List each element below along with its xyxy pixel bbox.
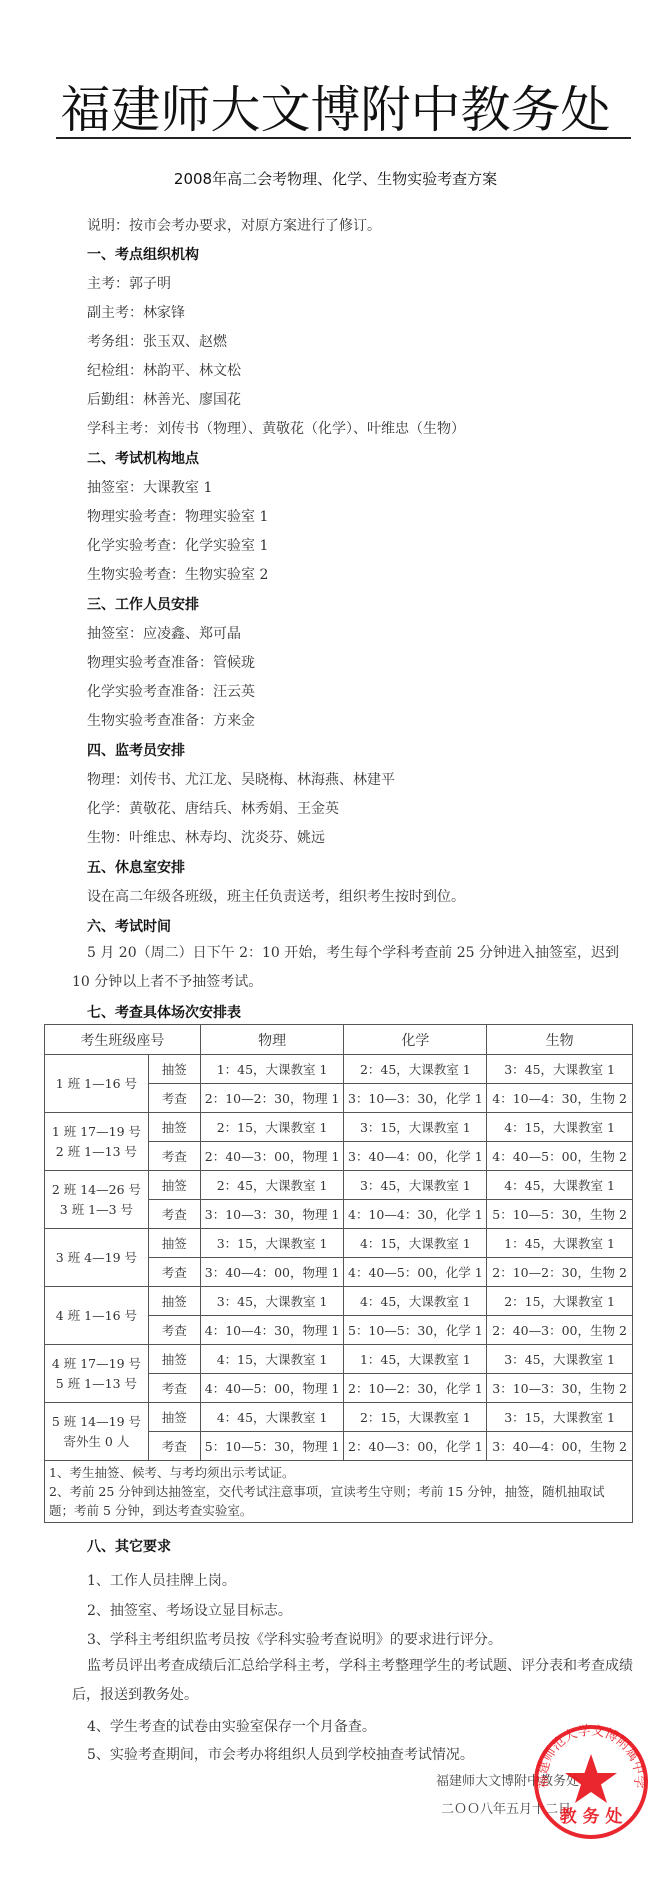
cell-physics: 4：45，大课教室 1 (200, 1403, 344, 1432)
section-7-heading: 七、考查具体场次安排表 (87, 1002, 241, 1022)
cell-biology: 2：40—3：00，生物 2 (487, 1316, 633, 1345)
s1-subject-examiners: 学科主考：刘传书（物理）、黄敬花（化学）、叶维忠（生物） (87, 418, 465, 438)
header-physics: 物理 (200, 1025, 344, 1055)
s8-item-5: 5、实验考查期间，市会考办将组织人员到学校抽查考试情况。 (87, 1744, 474, 1764)
cell-chemistry: 4：15，大课教室 1 (344, 1229, 487, 1258)
cell-physics: 5：10—5：30，物理 1 (200, 1432, 344, 1461)
s2-biology-room: 生物实验考查：生物实验室 2 (87, 564, 268, 584)
cell-chemistry: 3：10—3：30，化学 1 (344, 1084, 487, 1113)
section-2-heading: 二、考试机构地点 (87, 448, 199, 468)
cell-biology: 2：15，大课教室 1 (487, 1287, 633, 1316)
note-2: 2、考前 25 分钟到达抽签室，交代考试注意事项，宣读考生守则；考前 15 分钟… (49, 1482, 628, 1520)
cell-physics: 3：45，大课教室 1 (200, 1287, 344, 1316)
group-label: 5 班 14—19 号寄外生 0 人 (45, 1403, 149, 1461)
s4-biology-proctors: 生物：叶维忠、林寿均、沈炎芬、姚远 (87, 827, 325, 847)
cell-biology: 4：45，大课教室 1 (487, 1171, 633, 1200)
org-title: 福建师大文博附中教务处 (0, 70, 671, 142)
s8-item-4: 4、学生考查的试卷由实验室保存一个月备查。 (87, 1716, 376, 1736)
cell-biology: 3：45，大课教室 1 (487, 1345, 633, 1374)
cell-chemistry: 3：15，大课教室 1 (344, 1113, 487, 1142)
cell-biology: 3：15，大课教室 1 (487, 1403, 633, 1432)
cell-biology: 1：45，大课教室 1 (487, 1229, 633, 1258)
section-4-heading: 四、监考员安排 (87, 740, 185, 760)
cell-physics: 3：40—4：00，物理 1 (200, 1258, 344, 1287)
section-5-heading: 五、休息室安排 (87, 857, 185, 877)
s8-item-2: 2、抽签室、考场设立显目标志。 (87, 1600, 292, 1620)
cell-physics: 2：15，大课教室 1 (200, 1113, 344, 1142)
s2-chemistry-room: 化学实验考查：化学实验室 1 (87, 535, 268, 555)
s3-draw-room-staff: 抽签室：应凌鑫、郑可晶 (87, 623, 241, 643)
header-chemistry: 化学 (344, 1025, 487, 1055)
cell-biology: 3：40—4：00，生物 2 (487, 1432, 633, 1461)
row-type-exam: 考查 (148, 1432, 200, 1461)
row-type-draw: 抽签 (148, 1287, 200, 1316)
s8-item-1: 1、工作人员挂牌上岗。 (87, 1570, 236, 1590)
s8-item-3-detail: 监考员评出考查成绩后汇总给学科主考，学科主考整理学生的考试题、评分表和考查成绩后… (72, 1652, 636, 1710)
cell-physics: 2：40—3：00，物理 1 (200, 1142, 344, 1171)
cell-biology: 4：40—5：00，生物 2 (487, 1142, 633, 1171)
official-seal-icon: 福建师范大学文博附属中学 教 务 处 (531, 1722, 651, 1842)
section-1-heading: 一、考点组织机构 (87, 244, 199, 264)
cell-physics: 4：10—4：30，物理 1 (200, 1316, 344, 1345)
table-row: 1 班 1—16 号 抽签 1：45，大课教室 1 2：45，大课教室 1 3：… (45, 1055, 633, 1084)
group-label: 2 班 14—26 号3 班 1—3 号 (45, 1171, 149, 1229)
cell-physics: 2：10—2：30，物理 1 (200, 1084, 344, 1113)
s2-draw-room: 抽签室：大课教室 1 (87, 477, 212, 497)
cell-physics: 3：10—3：30，物理 1 (200, 1200, 344, 1229)
row-type-exam: 考查 (148, 1084, 200, 1113)
row-type-draw: 抽签 (148, 1171, 200, 1200)
note-1: 1、考生抽签、候考、与考均须出示考试证。 (49, 1463, 628, 1482)
section-3-heading: 三、工作人员安排 (87, 594, 199, 614)
s3-biology-prep: 生物实验考查准备：方来金 (87, 710, 255, 730)
cell-biology: 3：45，大课教室 1 (487, 1055, 633, 1084)
s1-affairs-group: 考务组：张玉双、赵燃 (87, 331, 227, 351)
s3-physics-prep: 物理实验考查准备：管候珑 (87, 652, 255, 672)
s4-chemistry-proctors: 化学：黄敬花、唐结兵、林秀娟、王金英 (87, 798, 339, 818)
row-type-exam: 考查 (148, 1258, 200, 1287)
row-type-exam: 考查 (148, 1374, 200, 1403)
cell-chemistry: 2：45，大课教室 1 (344, 1055, 487, 1084)
cell-chemistry: 4：10—4：30，化学 1 (344, 1200, 487, 1229)
cell-chemistry: 3：45，大课教室 1 (344, 1171, 487, 1200)
header-divider (56, 137, 631, 139)
section-8-heading: 八、其它要求 (87, 1536, 171, 1556)
row-type-draw: 抽签 (148, 1345, 200, 1374)
cell-chemistry: 2：10—2：30，化学 1 (344, 1374, 487, 1403)
cell-chemistry: 2：40—3：00，化学 1 (344, 1432, 487, 1461)
cell-chemistry: 1：45，大课教室 1 (344, 1345, 487, 1374)
row-type-exam: 考查 (148, 1316, 200, 1345)
s8-item-3: 3、学科主考组织监考员按《学科实验考查说明》的要求进行评分。 (87, 1629, 502, 1649)
cell-biology: 3：10—3：30，生物 2 (487, 1374, 633, 1403)
cell-biology: 4：15，大课教室 1 (487, 1113, 633, 1142)
cell-chemistry: 3：40—4：00，化学 1 (344, 1142, 487, 1171)
intro-note: 说明：按市会考办要求，对原方案进行了修订。 (87, 215, 381, 235)
header-class-seat: 考生班级座号 (45, 1025, 201, 1055)
s1-deputy-examiner: 副主考：林家锋 (87, 302, 185, 322)
s1-discipline-group: 纪检组：林韵平、林文松 (87, 360, 241, 380)
header-biology: 生物 (487, 1025, 633, 1055)
cell-physics: 2：45，大课教室 1 (200, 1171, 344, 1200)
table-row: 2 班 14—26 号3 班 1—3 号 抽签 2：45，大课教室 1 3：45… (45, 1171, 633, 1200)
group-label: 4 班 17—19 号5 班 1—13 号 (45, 1345, 149, 1403)
s1-logistics-group: 后勤组：林善光、廖国花 (87, 389, 241, 409)
row-type-exam: 考查 (148, 1200, 200, 1229)
row-type-exam: 考查 (148, 1142, 200, 1171)
cell-chemistry: 4：45，大课教室 1 (344, 1287, 487, 1316)
cell-chemistry: 2：15，大课教室 1 (344, 1403, 487, 1432)
s1-chief-examiner: 主考：郭子明 (87, 273, 171, 293)
group-label: 1 班 17—19 号2 班 1—13 号 (45, 1113, 149, 1171)
document-title: 2008年高二会考物理、化学、生物实验考查方案 (0, 168, 671, 189)
section-6-heading: 六、考试时间 (87, 916, 171, 936)
table-row: 1 班 17—19 号2 班 1—13 号 抽签 2：15，大课教室 1 3：1… (45, 1113, 633, 1142)
s2-physics-room: 物理实验考查：物理实验室 1 (87, 506, 268, 526)
cell-biology: 4：10—4：30，生物 2 (487, 1084, 633, 1113)
group-label: 3 班 4—19 号 (45, 1229, 149, 1287)
row-type-draw: 抽签 (148, 1403, 200, 1432)
s4-physics-proctors: 物理：刘传书、尤江龙、吴晓梅、林海燕、林建平 (87, 769, 395, 789)
table-row: 4 班 17—19 号5 班 1—13 号 抽签 4：15，大课教室 1 1：4… (45, 1345, 633, 1374)
table-row: 3 班 4—19 号 抽签 3：15，大课教室 1 4：15，大课教室 1 1：… (45, 1229, 633, 1258)
s3-chemistry-prep: 化学实验考查准备：汪云英 (87, 681, 255, 701)
cell-physics: 4：40—5：00，物理 1 (200, 1374, 344, 1403)
cell-biology: 5：10—5：30，生物 2 (487, 1200, 633, 1229)
schedule-table: 考生班级座号 物理 化学 生物 1 班 1—16 号 抽签 1：45，大课教室 … (44, 1024, 633, 1523)
row-type-draw: 抽签 (148, 1113, 200, 1142)
s6-exam-time-text: 5 月 20（周二）日下午 2：10 开始，考生每个学科考查前 25 分钟进入抽… (72, 939, 636, 997)
group-label: 4 班 1—16 号 (45, 1287, 149, 1345)
cell-physics: 4：15，大课教室 1 (200, 1345, 344, 1374)
row-type-draw: 抽签 (148, 1229, 200, 1258)
table-notes: 1、考生抽签、候考、与考均须出示考试证。 2、考前 25 分钟到达抽签室，交代考… (45, 1461, 633, 1523)
table-row: 4 班 1—16 号 抽签 3：45，大课教室 1 4：45，大课教室 1 2：… (45, 1287, 633, 1316)
cell-chemistry: 4：40—5：00，化学 1 (344, 1258, 487, 1287)
svg-text:教 务 处: 教 务 处 (560, 1806, 623, 1827)
s5-rest-room-text: 设在高二年级各班级，班主任负责送考，组织考生按时到位。 (87, 886, 465, 906)
group-label: 1 班 1—16 号 (45, 1055, 149, 1113)
cell-physics: 3：15，大课教室 1 (200, 1229, 344, 1258)
table-row: 5 班 14—19 号寄外生 0 人 抽签 4：45，大课教室 1 2：15，大… (45, 1403, 633, 1432)
table-header-row: 考生班级座号 物理 化学 生物 (45, 1025, 633, 1055)
row-type-draw: 抽签 (148, 1055, 200, 1084)
cell-chemistry: 5：10—5：30，化学 1 (344, 1316, 487, 1345)
table-notes-row: 1、考生抽签、候考、与考均须出示考试证。 2、考前 25 分钟到达抽签室，交代考… (45, 1461, 633, 1523)
cell-physics: 1：45，大课教室 1 (200, 1055, 344, 1084)
cell-biology: 2：10—2：30，生物 2 (487, 1258, 633, 1287)
